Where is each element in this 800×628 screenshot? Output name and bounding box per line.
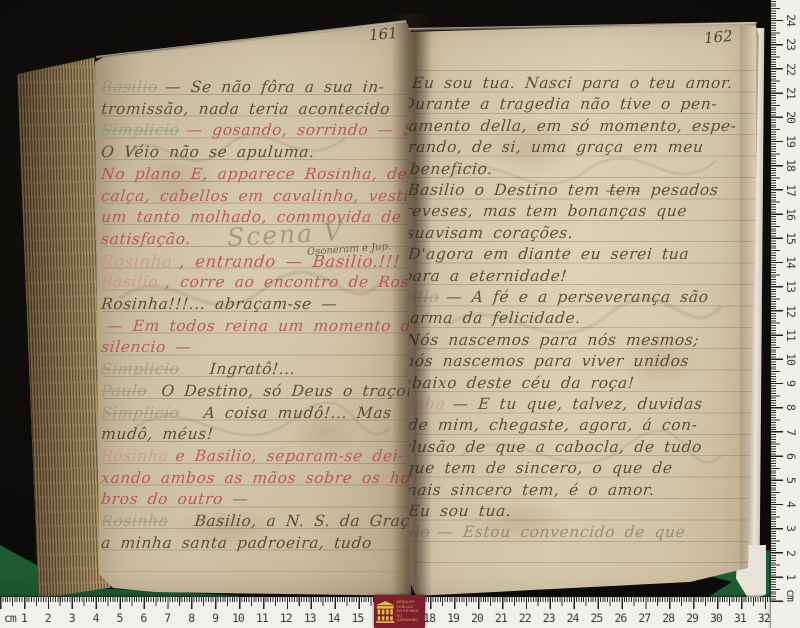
manuscript-text: D'agora em diante eu serei tua <box>407 245 690 263</box>
manuscript-line: Basilio— A fé e a perseverança são <box>381 288 709 310</box>
manuscript-line: Paulo— Estou convencido de que <box>383 523 686 545</box>
archive-logo: ARQUIVOPÚBLICODO ESTADODO MARANHÃO <box>374 595 425 628</box>
ruler-number: 19 <box>784 132 798 150</box>
manuscript-text: que tem de sincero, o que de <box>403 459 673 477</box>
manuscript-text: para a eternidade! <box>401 267 568 285</box>
manuscript-line: Rosinha!!!... abraçam-se — <box>100 295 338 317</box>
manuscript-text: calça, cabellos em cavalinho, vestido <box>100 187 430 205</box>
manuscript-text: de mim, chegaste, agora, á con- <box>407 416 698 434</box>
page-number-right: 162 <box>703 27 733 47</box>
manuscript-text: A coisa mudô!... Mas <box>203 404 393 422</box>
manuscript-text: — Em todos reina um momento de <box>106 317 421 335</box>
speaker-name: Simplicio <box>100 121 180 139</box>
ruler-number: 13 <box>304 611 316 625</box>
manuscript-text: Rosinha!!!... abraçam-se — <box>100 295 338 313</box>
manuscript-text: — Estou convencido de que <box>437 523 687 541</box>
ruler-number: 5 <box>117 611 123 625</box>
ruler-number: 31 <box>734 611 746 625</box>
right-page: 162 Eu sou tua. Nasci para o teu amor.Du… <box>406 16 760 602</box>
ruler-number: 9 <box>784 374 798 392</box>
manuscript-line: PauloO Destino, só Deus o traçou <box>100 382 418 404</box>
manuscript-line: clusão de que a cabocla, de tudo <box>401 438 703 460</box>
manuscript-lines-right: Eu sou tua. Nasci para o teu amor.Durant… <box>412 74 757 574</box>
manuscript-text: Basilio, a N. S. da Graça <box>194 512 421 530</box>
manuscript-text: Ingratô!... <box>209 360 296 378</box>
ruler-number: 14 <box>784 253 798 271</box>
ruler-number: 18 <box>784 156 798 174</box>
manuscript-text: samento della, em só momento, espe- <box>399 117 737 135</box>
manuscript-text: — E tu que, talvez, duvidas <box>452 395 704 413</box>
manuscript-text: No plano E, apparece Rosinha, des- <box>100 165 422 183</box>
speaker-name: Rosinha <box>100 447 169 465</box>
manuscript-text: satisfação. <box>100 230 191 248</box>
ruler-number: 21 <box>784 84 798 102</box>
manuscript-text: clusão de que a cabocla, de tudo <box>401 438 702 456</box>
manuscript-line: de mim, chegaste, agora, á con- <box>407 416 698 438</box>
manuscript-text: a minha santa padroeira, tudo <box>100 534 372 552</box>
ruler-number: 6 <box>784 447 798 465</box>
manuscript-text: bros do outro — <box>100 490 249 508</box>
ruler-number: 6 <box>140 611 146 625</box>
ruler-number: 17 <box>784 181 798 199</box>
manuscript-text: abaixo deste céu da roça! <box>401 374 635 392</box>
manuscript-text: Nós nascemos para nós mesmos; <box>405 331 700 349</box>
ruler-number: 13 <box>784 277 798 295</box>
ruler-number: 7 <box>784 423 798 441</box>
left-page: 160 161 Scena V Osoneram e Jup. Basilio—… <box>95 18 411 600</box>
manuscript-text: mais sincero tem, é o amor. <box>401 481 655 499</box>
ruler-ticks-mm <box>771 0 776 602</box>
manuscript-line: tromissão, nada teria acontecido <box>100 100 391 122</box>
manuscript-text: rando, de si, uma graça em meu <box>407 138 704 156</box>
ruler-number: 10 <box>232 611 244 625</box>
ghost-page-number: 160 <box>100 22 126 40</box>
ruler-number: 30 <box>710 611 722 625</box>
manuscript-line: um tanto molhado, commovida de <box>100 208 402 230</box>
ruler-number: 24 <box>567 611 579 625</box>
manuscript-line: mudô, méus! <box>100 425 214 447</box>
ruler-number: 4 <box>93 611 99 625</box>
ruler-number: 27 <box>638 611 650 625</box>
speaker-name: Rosinha <box>100 512 169 530</box>
speaker-name: Rosinha <box>100 252 173 271</box>
archive-logo-text: ARQUIVOPÚBLICODO ESTADODO MARANHÃO <box>397 600 424 622</box>
manuscript-text: , entrando — Basilio.!!! <box>179 252 401 271</box>
ruler-unit-label: cm <box>784 586 798 604</box>
manuscript-text: e Basilio, separam-se dei- <box>175 447 405 465</box>
manuscript-line: silencio — <box>100 338 192 360</box>
ruler-number: 23 <box>784 35 798 53</box>
ruler-number: 1 <box>21 611 27 625</box>
ruler-number: 12 <box>784 302 798 320</box>
archive-logo-text-line: DO MARANHÃO <box>397 614 424 623</box>
manuscript-line: arma da felicidade. <box>409 309 582 331</box>
speaker-name: Simplicio <box>100 360 180 378</box>
manuscript-line: O Véio não se apuluma. <box>100 143 315 165</box>
ruler-number: 32 <box>758 611 770 625</box>
speaker-name: Paulo <box>100 382 148 400</box>
ruler-number: 20 <box>471 611 483 625</box>
vertical-ruler: cm12345678910111213141516171819202122232… <box>771 0 800 628</box>
ruler-number: 8 <box>188 611 194 625</box>
manuscript-line: SimplicioA coisa mudô!... Mas <box>100 404 393 426</box>
manuscript-text: Durante a tragedia não tive o pen- <box>401 95 718 113</box>
ruler-number: 26 <box>614 611 626 625</box>
manuscript-line: nós nascemos para viver unidos <box>403 352 690 374</box>
manuscript-text: Eu sou tua. Nasci para o teu amor. <box>411 74 733 92</box>
manuscript-line: No plano E, apparece Rosinha, des- <box>100 165 423 187</box>
manuscript-text: silencio — <box>100 338 192 356</box>
manuscript-line: Eu sou tua. <box>407 502 512 524</box>
manuscript-text: reveses, mas tem bonanças que <box>403 202 688 220</box>
manuscript-line: Durante a tragedia não tive o pen- <box>401 95 718 117</box>
manuscript-line: — Em todos reina um momento de <box>106 317 422 339</box>
manuscript-line: Rosinhae Basilio, separam-se dei- <box>100 447 405 469</box>
manuscript-text: Basilio o Destino tem t̶e̶m̶ pesados <box>407 181 719 199</box>
manuscript-text: xando ambos as mãos sobre os hom- <box>100 469 432 487</box>
page-number-left: 161 <box>368 24 398 44</box>
ruler-number: 7 <box>164 611 170 625</box>
manuscript-text: tromissão, nada teria acontecido <box>100 100 391 118</box>
manuscript-line: suavisam corações. <box>405 224 574 246</box>
ruler-number: 15 <box>784 229 798 247</box>
ruler-number: 28 <box>662 611 674 625</box>
manuscript-line: calça, cabellos em cavalinho, vestido <box>100 187 430 209</box>
ruler-number: 3 <box>69 611 75 625</box>
manuscript-line: satisfação. <box>100 230 192 252</box>
ruler-number: 9 <box>212 611 218 625</box>
ruler-number: 21 <box>495 611 507 625</box>
red-edge-mark <box>147 18 243 23</box>
manuscript-line: Rosinha, entrando — Basilio.!!! <box>100 252 401 274</box>
speaker-name: Simplicio <box>100 404 180 422</box>
manuscript-text: O Véio não se apuluma. <box>100 143 315 161</box>
manuscript-line: bros do outro — <box>100 490 249 512</box>
ruler-number: 8 <box>784 398 798 416</box>
manuscript-line: RosinhaBasilio, a N. S. da Graça <box>100 512 420 534</box>
speaker-name: Basilio <box>100 78 159 96</box>
ruler-number: 29 <box>686 611 698 625</box>
manuscript-text: arma da felicidade. <box>409 309 581 327</box>
ruler-number: 5 <box>784 471 798 489</box>
red-edge-mark <box>546 18 652 22</box>
manuscript-text: — A fé e a perseverança são <box>445 288 709 306</box>
manuscript-text: O Destino, só Deus o traçou <box>161 382 418 400</box>
ruler-number: 4 <box>784 495 798 513</box>
manuscript-text: suavisam corações. <box>405 224 574 242</box>
ruler-number: 15 <box>352 611 364 625</box>
manuscript-line: Nós nascemos para nós mesmos; <box>405 331 700 353</box>
ruler-number: 11 <box>256 611 268 625</box>
ruler-number: 14 <box>328 611 340 625</box>
manuscript-line: reveses, mas tem bonanças que <box>403 202 688 224</box>
manuscript-line: beneficio. <box>409 160 494 182</box>
archive-building-icon <box>376 600 395 624</box>
ruler-number: 20 <box>784 108 798 126</box>
ruler-number: 2 <box>784 544 798 562</box>
ruler-number: 10 <box>784 350 798 368</box>
ruler-unit-label: cm <box>4 611 16 625</box>
ruler-number: 23 <box>543 611 555 625</box>
manuscript-text: nós nascemos para viver unidos <box>403 352 690 370</box>
manuscript-line: a minha santa padroeira, tudo <box>100 534 373 556</box>
manuscript-line: para a eternidade! <box>401 267 568 289</box>
manuscript-line: D'agora em diante eu serei tua <box>407 245 690 267</box>
ruler-ticks-half-cm <box>771 0 780 602</box>
manuscript-line: que tem de sincero, o que de <box>403 459 673 481</box>
ruler-number: 2 <box>45 611 51 625</box>
ruler-number: 11 <box>784 326 798 344</box>
manuscript-line: SimplicioIngratô!... <box>100 360 296 382</box>
manuscript-line: samento della, em só momento, espe- <box>399 117 737 139</box>
manuscript-line: Rosinha— E tu que, talvez, duvidas <box>377 395 703 417</box>
manuscript-text: mudô, méus! <box>100 425 214 443</box>
ruler-number: 25 <box>591 611 603 625</box>
ruler-number: 24 <box>784 11 798 29</box>
manuscript-line: abaixo deste céu da roça! <box>401 374 635 396</box>
manuscript-text: beneficio. <box>409 160 493 178</box>
speaker-name: Basilio <box>100 273 159 291</box>
manuscript-line: rando, de si, uma graça em meu <box>407 138 704 160</box>
ruler-number: 19 <box>447 611 459 625</box>
manuscript-line: Eu sou tua. Nasci para o teu amor. <box>411 74 734 96</box>
manuscript-text: Eu sou tua. <box>407 502 512 520</box>
manuscript-text: — Se não fôra a sua in- <box>164 78 385 96</box>
manuscript-line: mais sincero tem, é o amor. <box>401 481 656 503</box>
manuscript-text: um tanto molhado, commovida de <box>100 208 402 226</box>
ruler-number: 3 <box>784 519 798 537</box>
manuscript-line: Basilio— Se não fôra a sua in- <box>100 78 385 100</box>
ruler-number: 16 <box>784 205 798 223</box>
ruler-number: 1 <box>784 568 798 586</box>
manuscript-line: xando ambos as mãos sobre os hom- <box>100 469 432 491</box>
ruler-number: 22 <box>784 60 798 78</box>
ruler-number: 22 <box>519 611 531 625</box>
manuscript-line: Basilio o Destino tem t̶e̶m̶ pesados <box>407 181 719 203</box>
manuscript-lines-left: Basilio— Se não fôra a sua in-tromissão,… <box>101 78 411 578</box>
ruler-ticks-cm <box>771 0 783 602</box>
ruler-number: 12 <box>280 611 292 625</box>
manuscript-photo: 160 161 Scena V Osoneram e Jup. Basilio—… <box>0 0 800 628</box>
